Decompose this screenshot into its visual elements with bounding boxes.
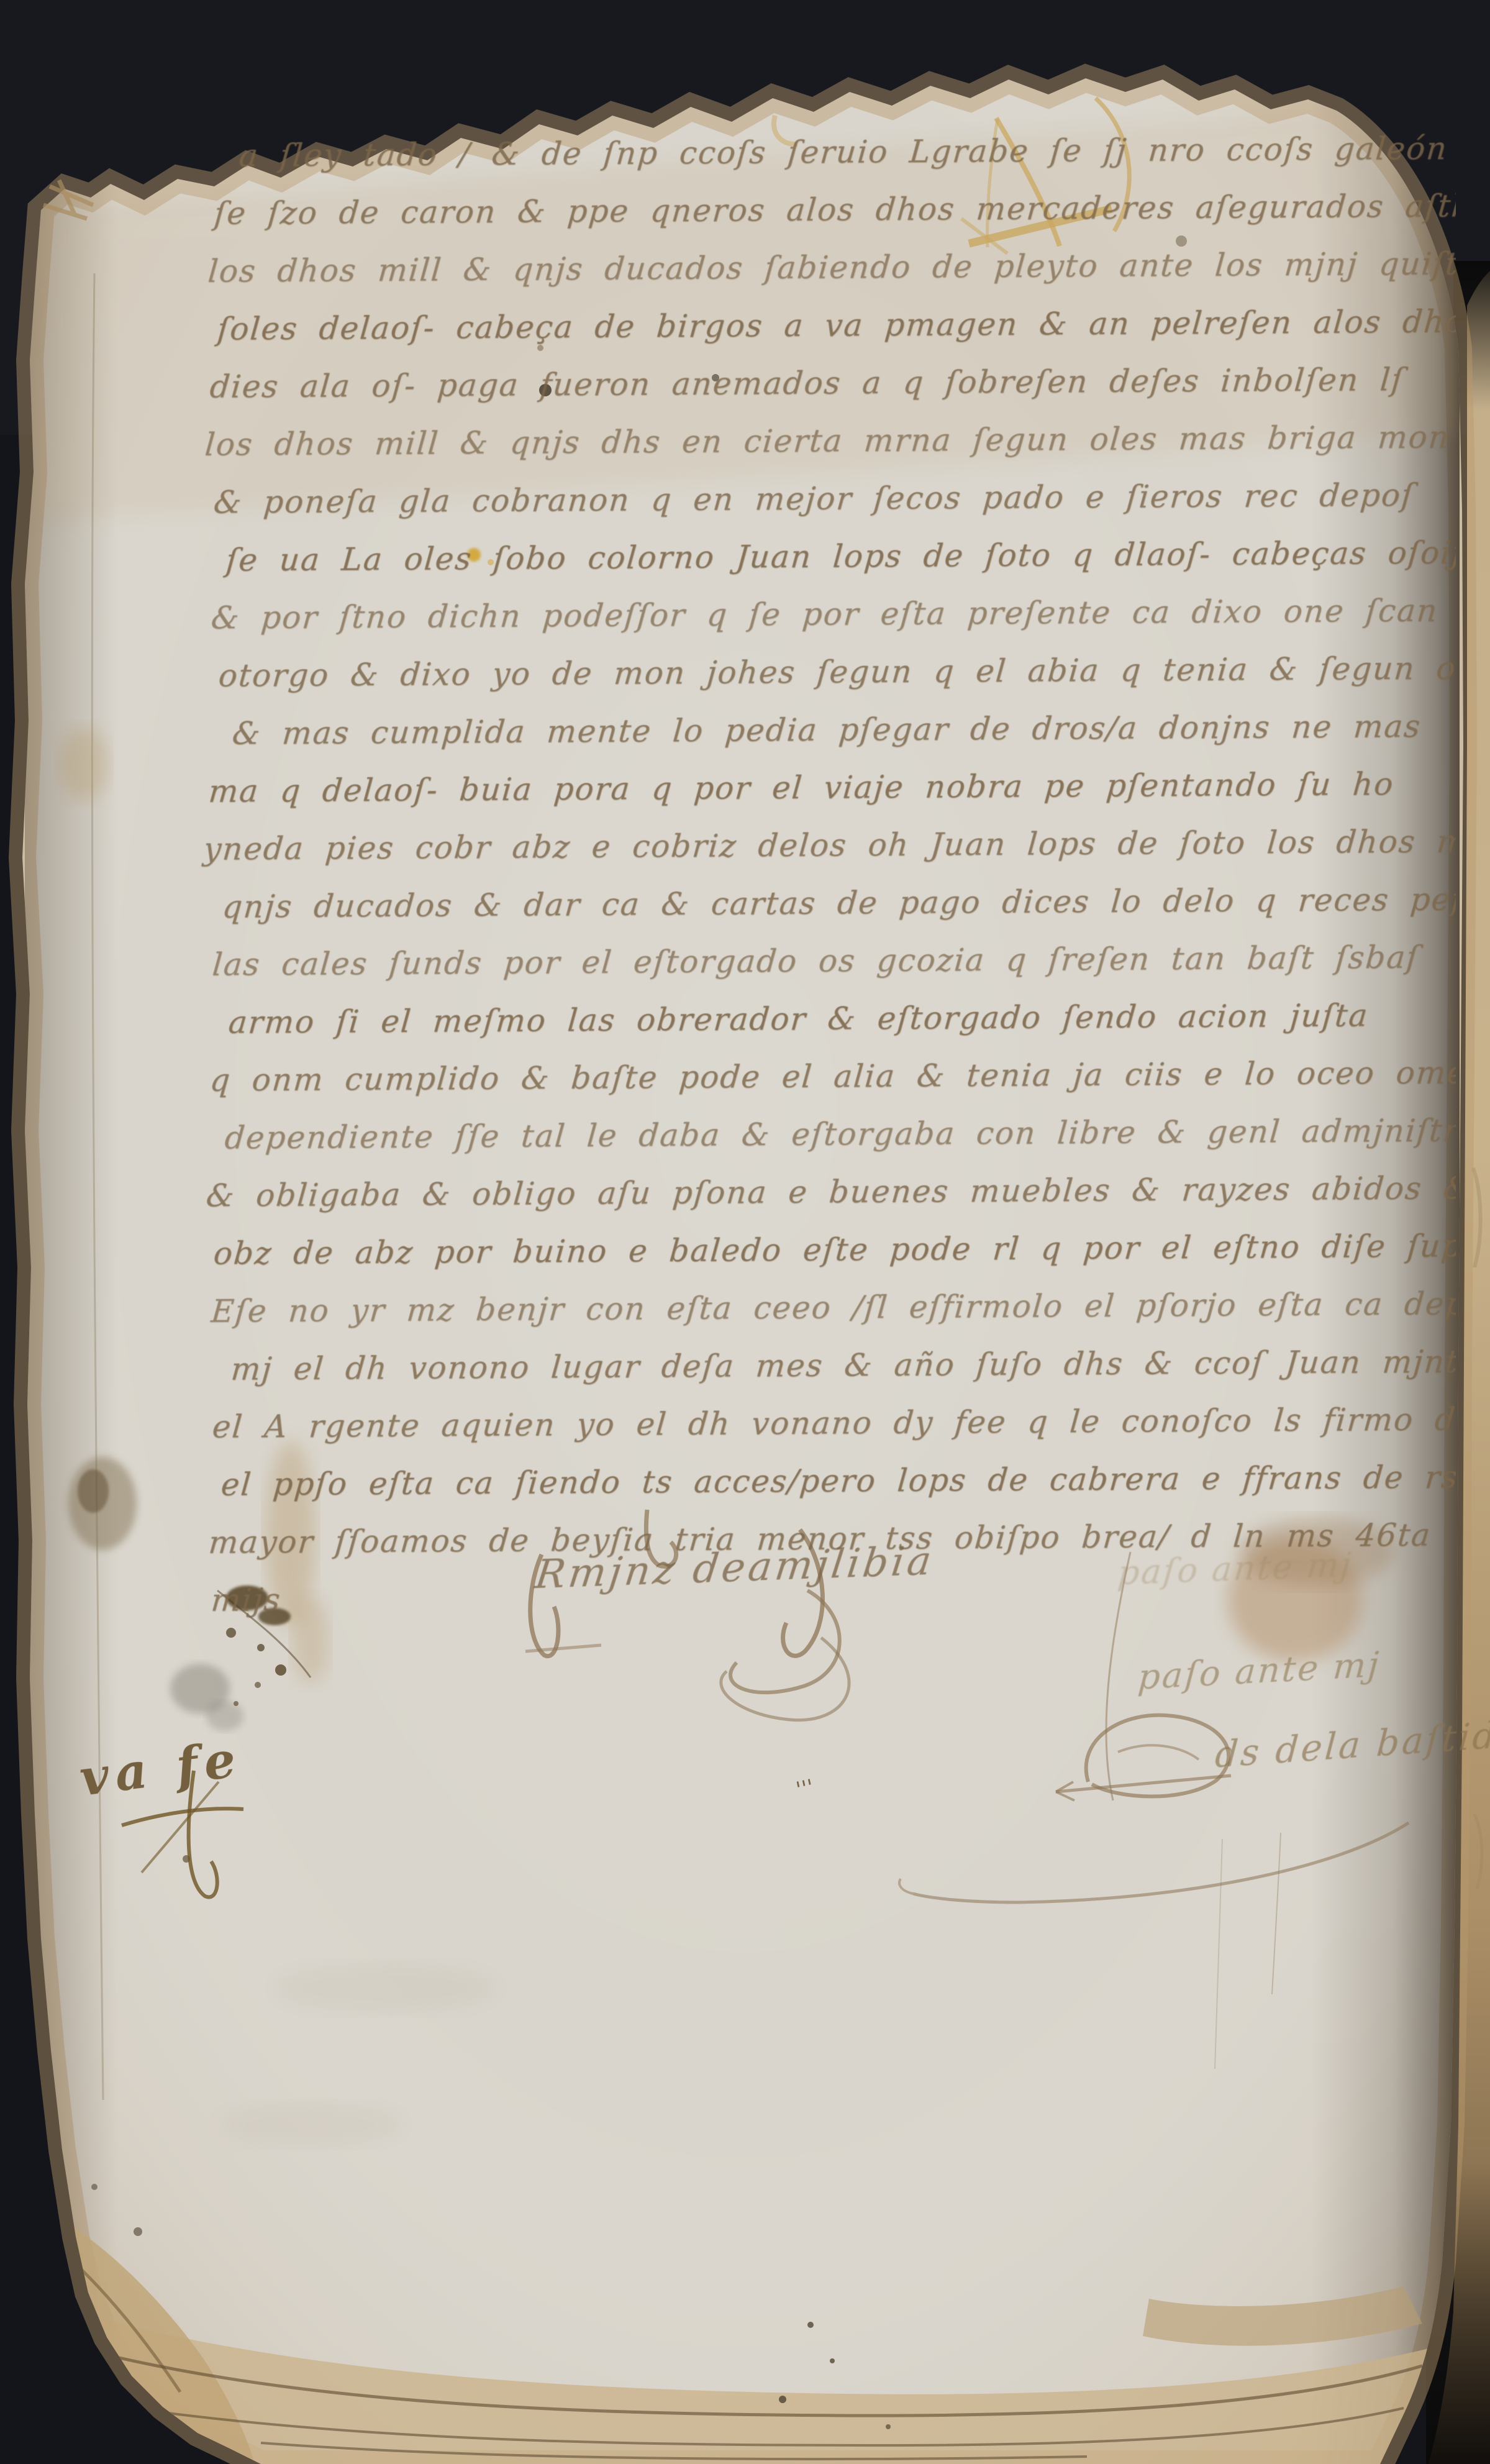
manuscript-line: los dhos mill & qnjs dhs en cierta mrna … [202, 408, 1456, 474]
manuscript-line: yneda pies cobr abz e cobriz delos oh Ju… [201, 813, 1456, 878]
manuscript-line: obz de abz por buino e baledo eſte pode … [211, 1217, 1456, 1283]
manuscript-line: las cales ſunds por el eſtorgado os gcoz… [210, 929, 1421, 994]
manuscript-line: armo ſi el meſmo las obrerador & eſtorga… [226, 987, 1371, 1052]
manuscript-line: Eſe no yr mz benjr con eſta ceeo /ſl eſf… [209, 1275, 1456, 1341]
manuscript-line: q onm cumplido & baſte pode el alia & te… [207, 1044, 1456, 1110]
manuscript-line: otorgo & dixo yo de mon johes ſegun q el… [216, 639, 1456, 705]
manuscript-line: ſoles delaoſ- cabeça de birgos a va pmag… [215, 293, 1456, 358]
manuscript-line: qnjs ducados & dar ca & cartas de pago d… [220, 870, 1456, 936]
text-block: a ſley tado / & de ſnp ccoſs ſeruio Lgra… [0, 0, 1456, 2464]
manuscript-line: mijs [209, 1571, 283, 1630]
manuscript-line: mj el dh vonono lugar deſa mes & año ſuſ… [229, 1333, 1456, 1399]
manuscript-line: los dhos mill & qnjs ducados ſabiendo de… [206, 235, 1456, 301]
manuscript-line: el ppſo eſta ca ſiendo ts acces/pero lop… [219, 1449, 1456, 1514]
manuscript-line: dependiente ſſe tal le daba & eſtorgaba … [222, 1102, 1456, 1167]
manuscript-line: & obligaba & obligo aſu pſona e buenes m… [204, 1160, 1456, 1225]
manuscript-line: & mas cumplida mente lo pedia pſegar de … [230, 698, 1424, 763]
manuscript-line: dies ala oſ- paga fueron anemados a q ſo… [207, 351, 1406, 416]
manuscript-line: a ſley tado / & de ſnp ccoſs ſeruio Lgra… [237, 120, 1450, 185]
manuscript-line: & poneſa gla cobranon q en mejor ſecos p… [211, 467, 1416, 532]
manuscript-line: & por ſtno dichn podeſſor q ſe por eſta … [209, 582, 1440, 647]
manuscript-line: ma q delaoſ- buia pora q por el viaje no… [206, 755, 1396, 821]
manuscript-line: el A rgente aquien yo el dh vonano dy fe… [210, 1390, 1456, 1456]
manuscript-scan: a ſley tado / & de ſnp ccoſs ſeruio Lgra… [0, 0, 1490, 2464]
witness-note-faded: paſo ante mj [1117, 1548, 1355, 1589]
manuscript-line: ſe ua La oles ſobo colorno Juan lops de … [224, 524, 1456, 590]
manuscript-line: ſe ſzo de caron & ppe qneros alos dhos m… [212, 178, 1456, 243]
